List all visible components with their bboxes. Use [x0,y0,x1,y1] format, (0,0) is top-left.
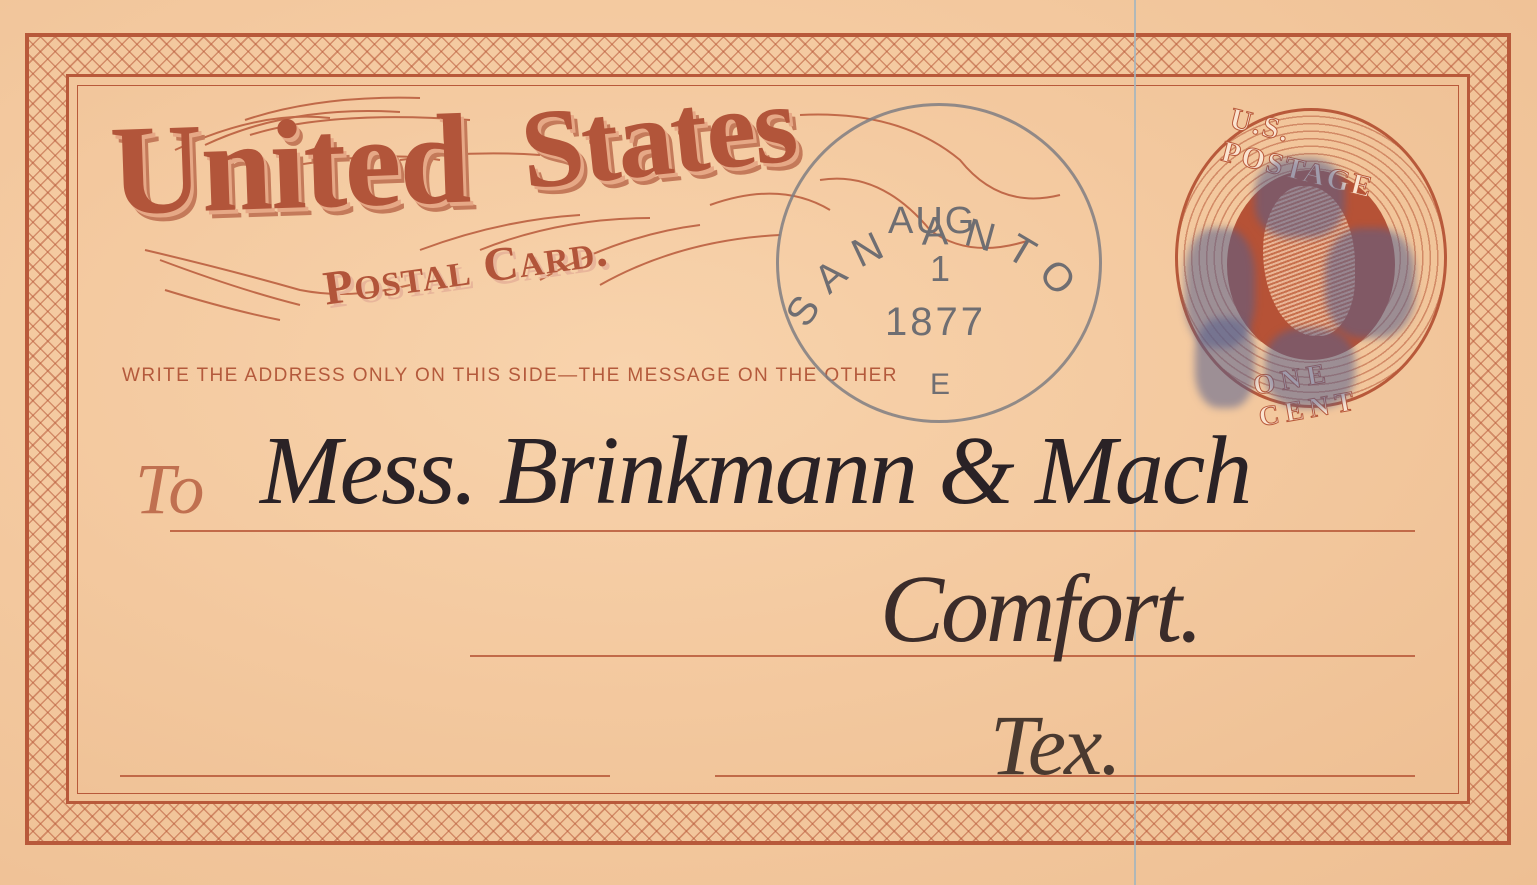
postmark-day: 1 [930,248,950,290]
address-town: Comfort. [880,553,1200,664]
postmark-letter: E [930,368,950,402]
postage-stamp: U.S. POSTAGE ONE CENT [1175,108,1447,408]
postmark-year: 1877 [885,300,986,345]
postal-card: United States Postal Card. WRITE THE ADD… [0,0,1537,885]
to-label: To [135,448,204,531]
cancel-mark [1255,158,1345,238]
address-state: Tex. [990,695,1120,795]
address-line-1 [170,530,1415,532]
addressee-name: Mess. Brinkmann & Mach [260,415,1250,527]
cancel-mark [1195,318,1255,408]
postmark-month: AUG [888,200,976,243]
cancel-mark [1265,328,1355,408]
cancel-mark [1325,228,1415,338]
address-line-3a [120,775,610,777]
